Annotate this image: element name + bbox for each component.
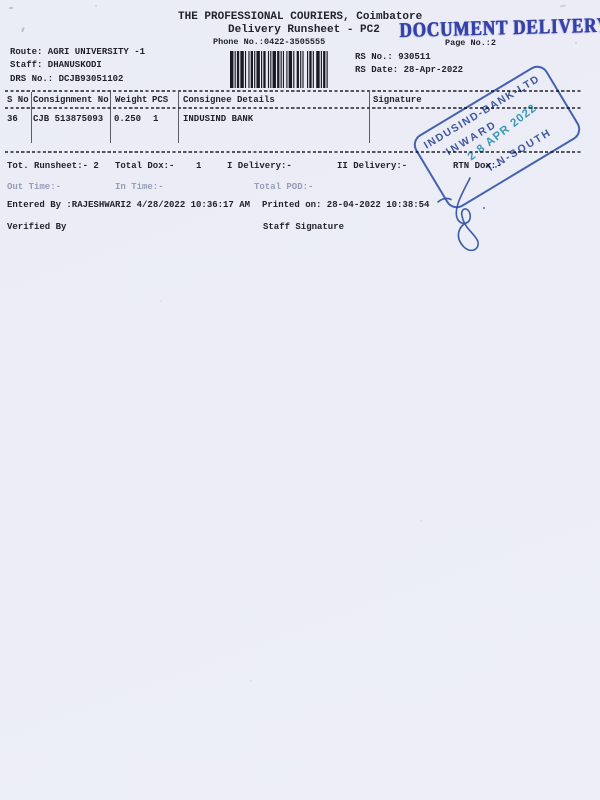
document-delivery-stamp: DOCUMENT DELIVERY [399,13,600,43]
total-dox-label: Total Dox:- [115,161,174,171]
col-header-pcs: PCS [152,95,168,105]
total-dox-value: 1 [196,161,201,171]
row-pcs: 1 [153,114,158,124]
runsheet-document: THE PROFESSIONAL COURIERS, Coimbatore De… [0,0,600,800]
printed-on: Printed on: 28-04-2022 10:38:54 [262,200,429,210]
col-header-sno: S No [7,95,29,105]
i-delivery: I Delivery:- [227,161,292,171]
doc-type-title: Delivery Runsheet - PC2 [228,24,380,37]
col-header-consignee: Consignee Details [183,95,275,105]
page-number: Page No.:2 [445,39,496,49]
scan-speck [95,5,97,7]
scan-speck [560,4,566,7]
row-sno: 36 [7,114,18,124]
verified-by: Verified By [7,222,66,232]
phone-number: Phone No.:0422-3505555 [213,38,325,48]
route-line: Route: AGRI UNIVERSITY -1 [10,47,145,57]
staff-signature-label: Staff Signature [263,222,344,232]
scan-speck [21,27,24,32]
tot-runsheet: Tot. Runsheet:- 2 [7,161,99,171]
scan-speck [420,520,422,522]
column-rule-2 [110,92,111,143]
total-pod: Total POD:- [254,182,313,192]
scan-speck [250,680,252,682]
out-time: Out Time:- [7,182,61,192]
column-rule-4 [369,92,370,143]
staff-line: Staff: DHANUSKODI [10,60,102,70]
row-consignee: INDUSIND BANK [183,114,253,124]
scan-speck [575,42,577,44]
rs-date-line: RS Date: 28-Apr-2022 [355,65,463,75]
entered-by: Entered By :RAJESHWARI2 4/28/2022 10:36:… [7,200,250,210]
ii-delivery: II Delivery:- [337,161,407,171]
in-time: In Time:- [115,182,164,192]
scan-speck [9,7,13,9]
scan-speck [160,300,162,302]
col-header-weight: Weight [115,95,147,105]
row-weight: 0.250 [114,114,141,124]
row-consignment-no: CJB 513875093 [33,114,103,124]
col-header-signature: Signature [373,95,422,105]
drs-no-line: DRS No.: DCJB93051102 [10,74,123,84]
rs-no-line: RS No.: 930511 [355,52,431,62]
barcode [230,51,330,88]
col-header-consignment: Consignment No [33,95,109,105]
org-title: THE PROFESSIONAL COURIERS, Coimbatore [178,11,422,24]
pen-signature [418,172,508,257]
column-rule-3 [178,92,179,143]
